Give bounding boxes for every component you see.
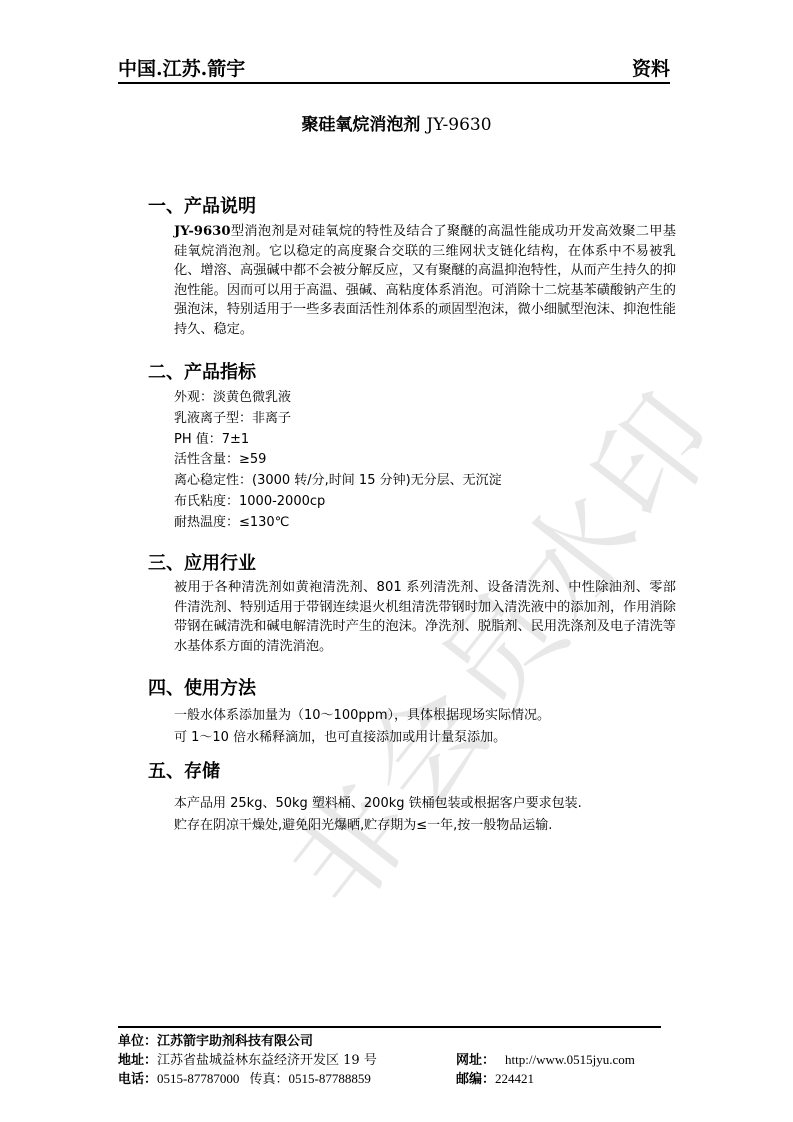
section-description-text: JY-9630型消泡剂是对硅氧烷的特性及结合了聚醚的高温性能成功开发高效聚二甲基… [174,222,676,340]
section-heading-storage: 五、存储 [148,757,220,783]
section-applications-text: 被用于各种清洗剂如黄袍清洗剂、801 系列清洗剂、设备清洗剂、中性除油剂、零部件… [174,578,676,656]
section-heading-usage: 四、使用方法 [148,674,256,700]
page-header: 中国.江苏.箭宇 资料 [118,58,670,84]
header-company: 中国.江苏.箭宇 [118,54,245,81]
product-name: 聚硅氧烷消泡剂 [301,115,426,135]
product-model: JY-9630 [426,115,491,135]
spec-viscosity: 布氏粘度：1000-2000cp [174,492,502,513]
model-bold: JY-9630 [174,224,231,239]
document-title: 聚硅氧烷消泡剂 JY-9630 [0,110,793,135]
footer-divider [118,1026,661,1028]
spec-active-content: 活性含量：≥59 [174,450,502,471]
section-heading-description: 一、产品说明 [148,192,256,218]
specs-list: 外观：淡黄色微乳液 乳液离子型：非离子 PH 值：7±1 活性含量：≥59 离心… [174,388,502,534]
storage-conditions: 贮存在阴凉干燥处,避免阳光爆晒,贮存期为≤一年,按一般物品运输. [174,815,582,837]
spec-ionic-type: 乳液离子型：非离子 [174,409,502,430]
footer-postcode: 邮编：224421 [456,1068,534,1087]
section-heading-applications: 三、应用行业 [148,549,256,575]
usage-dosage: 一般水体系添加量为（10～100ppm），具体根据现场实际情况。 [174,705,550,727]
storage-list: 本产品用 25kg、50kg 塑料桶、200kg 铁桶包装或根据客户要求包装. … [174,793,582,837]
usage-list: 一般水体系添加量为（10～100ppm），具体根据现场实际情况。 可 1～10 … [174,705,550,749]
spec-heat-resistance: 耐热温度：≤130℃ [174,513,502,534]
document-page: 非会员水印 中国.江苏.箭宇 资料 聚硅氧烷消泡剂 JY-9630 一、产品说明… [0,0,793,1122]
company-name: 江苏箭宇助剂科技有限公司 [157,1034,313,1049]
website-link[interactable]: http://www.0515jyu.com [505,1052,635,1067]
postcode-value: 224421 [495,1071,534,1086]
fax-value: 0515-87788859 [289,1071,371,1086]
header-doc-type: 资料 [632,54,670,81]
storage-packaging: 本产品用 25kg、50kg 塑料桶、200kg 铁桶包装或根据客户要求包装. [174,793,582,815]
spec-appearance: 外观：淡黄色微乳液 [174,388,502,409]
section-heading-specs: 二、产品指标 [148,358,256,384]
footer-unit: 单位：江苏箭宇助剂科技有限公司 [118,1030,313,1049]
phone-value: 0515-87787000 [157,1071,239,1086]
footer-website: 网址：http://www.0515jyu.com [456,1049,635,1068]
usage-dilution: 可 1～10 倍水稀释滴加，也可直接添加或用计量泵添加。 [174,727,550,749]
address-value: 江苏省盐城益林东益经济开发区 19 号 [157,1053,377,1068]
spec-centrifugal-stability: 离心稳定性：(3000 转/分,时间 15 分钟)无分层、无沉淀 [174,471,502,492]
footer-phone: 电话：0515-87787000 传真：0515-87788859 [118,1068,371,1087]
footer-address: 地址：江苏省盐城益林东益经济开发区 19 号 [118,1049,377,1068]
spec-ph: PH 值：7±1 [174,430,502,451]
